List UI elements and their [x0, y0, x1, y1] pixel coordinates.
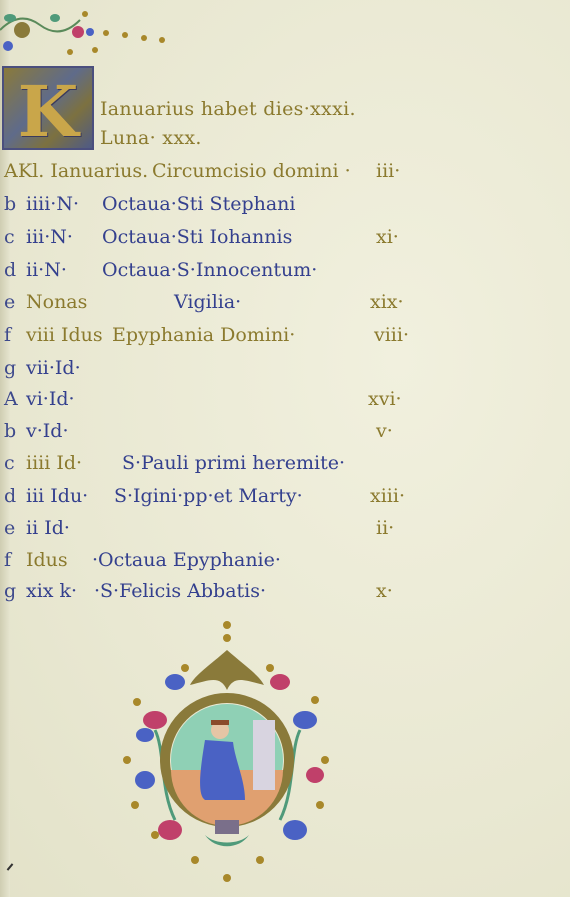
roman-date: iii·N·	[26, 226, 73, 248]
feast-name: ·S·Felicis Abbatis·	[94, 580, 266, 602]
dominical-letter: c	[4, 452, 15, 474]
initial-letter: K	[4, 70, 92, 153]
dominical-letter: f	[4, 549, 11, 571]
roman-date: Nonas	[26, 291, 87, 313]
dominical-letter: c	[4, 226, 15, 248]
golden-number: x·	[376, 580, 393, 602]
roman-date: xix k·	[26, 580, 77, 602]
calendar-row: b iiii·N· Octaua·Sti Stephani	[4, 193, 424, 223]
luna-heading: Luna· xxx.	[100, 127, 202, 149]
golden-number: xiii·	[370, 485, 405, 507]
feast-name: Octaua·S·Innocentum·	[102, 259, 317, 281]
golden-number: ii·	[376, 517, 394, 539]
dominical-letter: b	[4, 193, 16, 215]
feast-name: Octaua·Sti Stephani	[102, 193, 296, 215]
calendar-row: A vi·Id· xvi·	[4, 388, 424, 418]
dominical-letter: g	[4, 357, 16, 379]
calendar-row: A Kl. Ianuarius. Circumcisio domini · ii…	[4, 160, 424, 190]
golden-number: viii·	[374, 324, 409, 346]
golden-number: xix·	[370, 291, 404, 313]
golden-number: v·	[376, 420, 393, 442]
roman-date: iiii Id·	[26, 452, 82, 474]
calendar-row: g xix k· ·S·Felicis Abbatis· x·	[4, 580, 424, 610]
calendar-row: d iii Idu· S·Igini·pp·et Marty· xiii·	[4, 485, 424, 515]
roman-date: viii Idus	[26, 324, 103, 346]
floral-vine-ornament	[0, 0, 170, 60]
feast-name: S·Igini·pp·et Marty·	[114, 485, 303, 507]
calendar-row: e Nonas Vigilia· xix·	[4, 291, 424, 321]
roman-date: ii Id·	[26, 517, 70, 539]
illuminated-medallion	[115, 620, 340, 890]
feast-name: S·Pauli primi heremite·	[122, 452, 345, 474]
golden-number: xi·	[376, 226, 399, 248]
calendar-row: f Idus ·Octaua Epyphanie·	[4, 549, 424, 579]
dominical-letter: d	[4, 259, 16, 281]
calendar-row: b v·Id· v·	[4, 420, 424, 450]
calendar-row: e ii Id· ii·	[4, 517, 424, 547]
calendar-row: c iiii Id· S·Pauli primi heremite·	[4, 452, 424, 482]
dominical-letter: e	[4, 517, 15, 539]
dominical-letter: b	[4, 420, 16, 442]
roman-date: v·Id·	[26, 420, 68, 442]
month-heading: Ianuarius habet dies·xxxi.	[100, 98, 356, 120]
roman-date: vii·Id·	[26, 357, 81, 379]
roman-date: vi·Id·	[26, 388, 75, 410]
golden-number: xvi·	[368, 388, 402, 410]
illuminated-initial: K	[2, 66, 94, 150]
dominical-letter: e	[4, 291, 15, 313]
dominical-letter: f	[4, 324, 11, 346]
manuscript-page: K Ianuarius habet dies·xxxi. Luna· xxx. …	[0, 0, 570, 897]
feast-name: Octaua·Sti Iohannis	[102, 226, 292, 248]
calendar-row: c iii·N· Octaua·Sti Iohannis xi·	[4, 226, 424, 256]
feast-name: ·Octaua Epyphanie·	[92, 549, 281, 571]
calendar-row: f viii Idus Epyphania Domini· viii·	[4, 324, 424, 354]
calendar-row: d ii·N· Octaua·S·Innocentum·	[4, 259, 424, 289]
roman-date: ii·N·	[26, 259, 67, 281]
feast-name: Circumcisio domini ·	[152, 160, 351, 182]
roman-date: iiii·N·	[26, 193, 79, 215]
roman-date: Idus	[26, 549, 68, 571]
golden-number: iii·	[376, 160, 400, 182]
feast-name: Vigilia·	[174, 291, 241, 313]
dominical-letter: A	[4, 160, 18, 182]
dominical-letter: A	[4, 388, 18, 410]
dominical-letter: d	[4, 485, 16, 507]
roman-date: iii Idu·	[26, 485, 88, 507]
dominical-letter: g	[4, 580, 16, 602]
roman-date: Kl. Ianuarius.	[18, 160, 148, 182]
calendar-row: g vii·Id·	[4, 357, 424, 387]
feast-name: Epyphania Domini·	[112, 324, 295, 346]
